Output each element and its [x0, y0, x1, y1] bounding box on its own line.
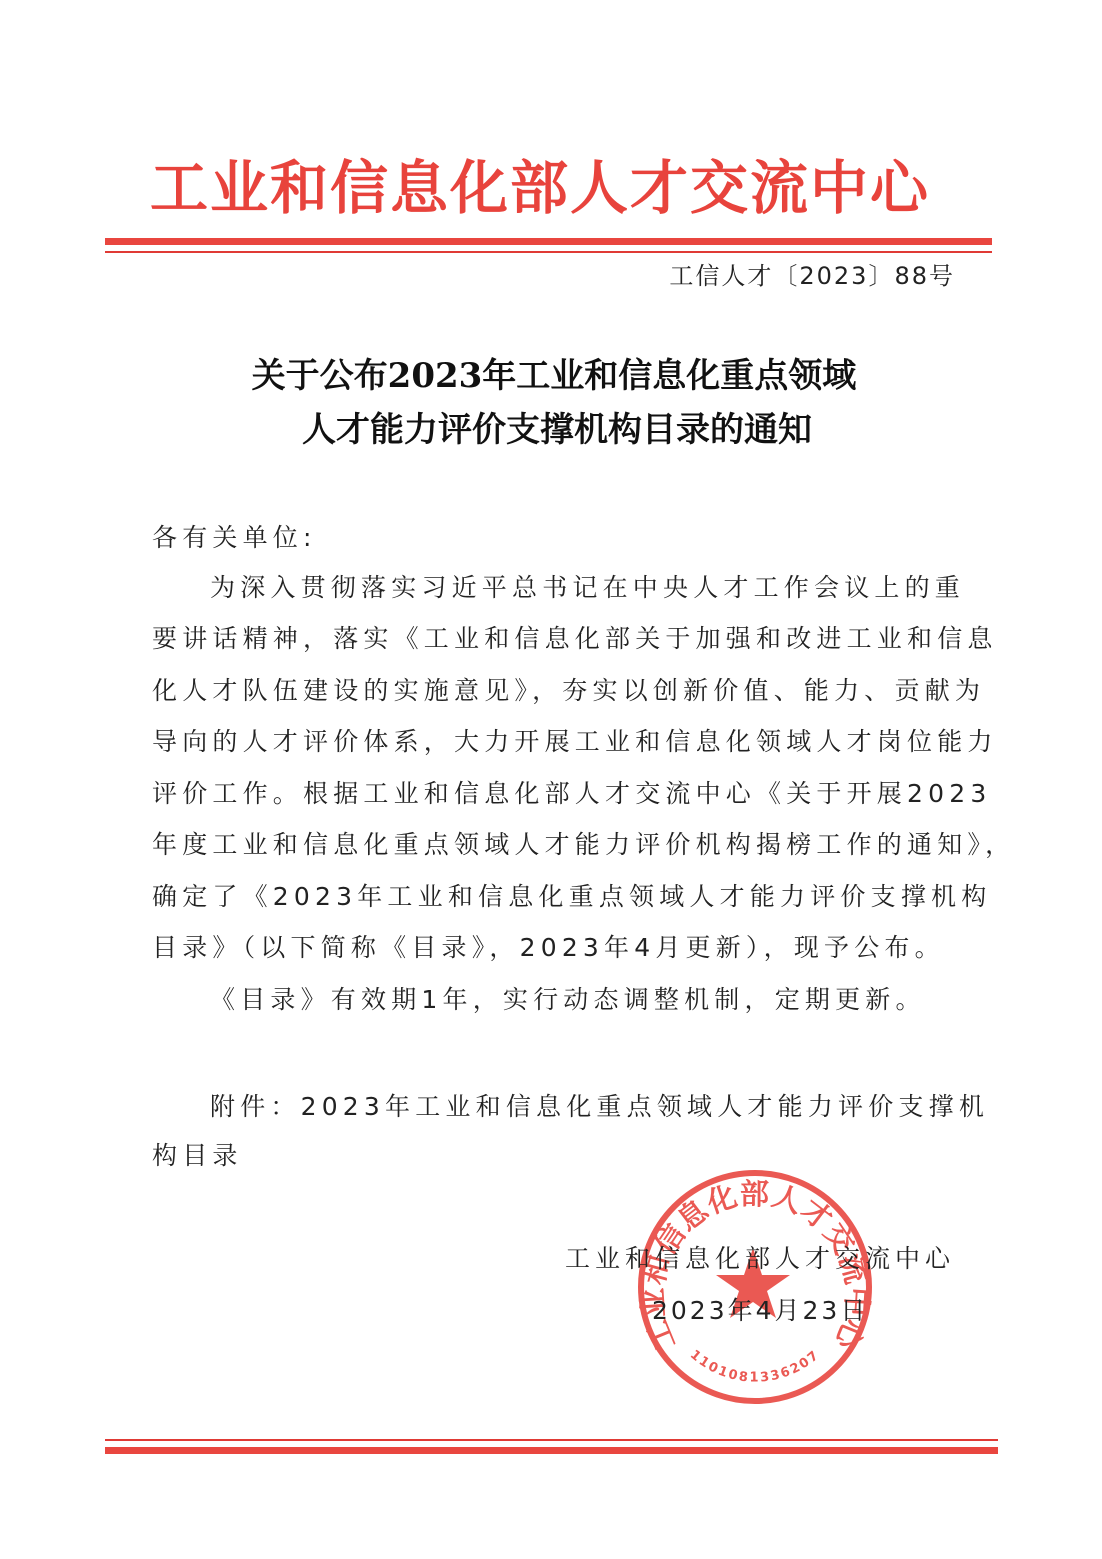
paragraph-line: 为深入贯彻落实习近平总书记在中央人才工作会议上的重: [210, 571, 965, 605]
document-title-line-2: 人才能力评价支撑机构目录的通知: [0, 408, 1102, 452]
paragraph-line: 评价工作。根据工业和信息化部人才交流中心《关于开展2023: [152, 777, 991, 811]
signature-date: 2023年4月23日: [652, 1294, 868, 1328]
paragraph-line: 目录》（以下简称《目录》，2023年4月更新），现予公布。: [152, 931, 945, 965]
document-number: 工信人才〔2023〕88号: [669, 260, 955, 292]
paragraph-line: 确定了《2023年工业和信息化重点领域人才能力评价支撑机构: [152, 880, 991, 914]
footer-rule-thick: [105, 1447, 998, 1454]
paragraph-line: 导向的人才评价体系，大力开展工业和信息化领域人才岗位能力: [152, 725, 998, 759]
attachment-line: 构目录: [152, 1139, 243, 1173]
signature-organization: 工业和信息化部人才交流中心: [565, 1242, 955, 1276]
seal-code-text: 1101081336207: [687, 1347, 823, 1385]
masthead-rule-thick: [105, 238, 992, 245]
attachment-line: 附件：2023年工业和信息化重点领域人才能力评价支撑机: [210, 1090, 989, 1124]
masthead-organization-name: 工业和信息化部人才交流中心: [150, 152, 950, 224]
paragraph-line: 化人才队伍建设的实施意见》，夯实以创新价值、能力、贡献为: [152, 674, 985, 708]
footer-rule-thin: [105, 1439, 998, 1441]
official-seal-stamp: 工业和信息化部人才交流中心 1101081336207: [636, 1168, 874, 1406]
paragraph-line: 年度工业和信息化重点领域人才能力评价机构揭榜工作的通知》，: [152, 828, 1015, 862]
document-title-line-1: 关于公布2023年工业和信息化重点领域: [0, 354, 1102, 398]
masthead-rule-thin: [105, 251, 992, 253]
paragraph-validity: 《目录》有效期1年，实行动态调整机制，定期更新。: [210, 983, 926, 1017]
salutation: 各有关单位:: [152, 521, 317, 555]
paragraph-line: 要讲话精神，落实《工业和信息化部关于加强和改进工业和信息: [152, 622, 998, 656]
